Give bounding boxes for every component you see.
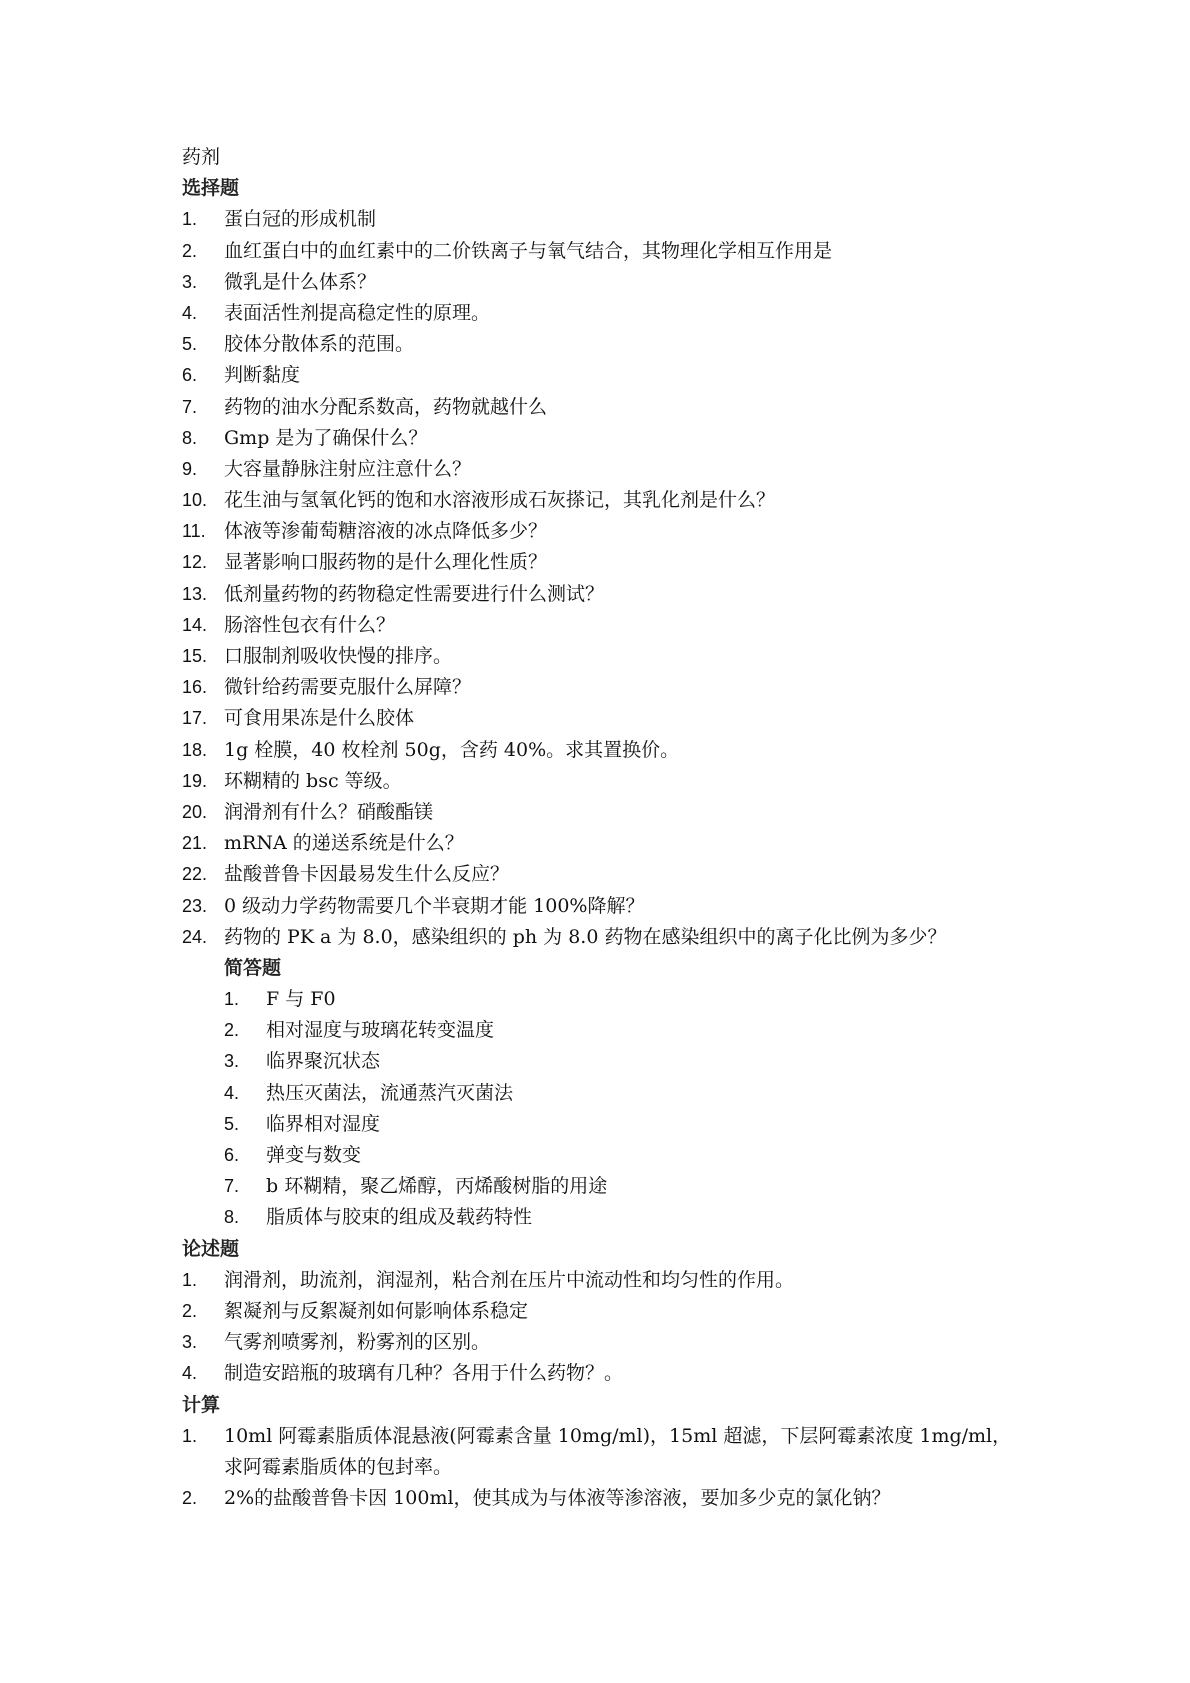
list-item: 8.Gmp 是为了确保什么？ (182, 423, 1042, 454)
item-text: 1g 栓膜，40 枚栓剂 50g，含药 40%。求其置换价。 (224, 735, 679, 766)
item-number: 4. (182, 298, 224, 329)
item-number: 4. (224, 1078, 266, 1109)
item-text: 微针给药需要克服什么屏障？ (224, 672, 471, 703)
list-item: 12.显著影响口服药物的是什么理化性质？ (182, 547, 1042, 578)
item-text: 制造安踣瓶的玻璃有几种？各用于什么药物？。 (224, 1358, 623, 1389)
item-text: 体液等渗葡萄糖溶液的冰点降低多少？ (224, 516, 547, 547)
section-heading-short-answer: 简答题 (224, 953, 1042, 984)
list-item: 4.热压灭菌法，流通蒸汽灭菌法 (224, 1078, 1042, 1109)
item-number: 3. (182, 267, 224, 298)
item-number: 3. (224, 1046, 266, 1077)
document-title: 药剂 (182, 142, 1042, 173)
item-number: 6. (182, 360, 224, 391)
item-number: 14. (182, 610, 224, 641)
list-item: 1.10ml 阿霉素脂质体混悬液(阿霉素含量 10mg/ml)，15ml 超滤，… (182, 1421, 1042, 1483)
section-heading-calculation: 计算 (182, 1390, 1042, 1421)
list-item: 18.1g 栓膜，40 枚栓剂 50g，含药 40%。求其置换价。 (182, 735, 1042, 766)
item-number: 1. (182, 1265, 224, 1296)
item-number: 2. (224, 1015, 266, 1046)
short-answer-list: 1.F 与 F0 2.相对湿度与玻璃花转变温度 3.临界聚沉状态 4.热压灭菌法… (224, 984, 1042, 1234)
item-number: 18. (182, 735, 224, 766)
item-text: 可食用果冻是什么胶体 (224, 703, 414, 734)
item-number: 2. (182, 1296, 224, 1327)
item-text: 2%的盐酸普鲁卡因 100ml，使其成为与体液等渗溶液，要加多少克的氯化钠？ (224, 1483, 891, 1514)
list-item: 3.临界聚沉状态 (224, 1046, 1042, 1077)
item-number: 16. (182, 672, 224, 703)
list-item: 20.润滑剂有什么？硝酸酯镁 (182, 797, 1042, 828)
item-text: 絮凝剂与反絮凝剂如何影响体系稳定 (224, 1296, 528, 1327)
item-number: 24. (182, 922, 224, 953)
item-number: 22. (182, 859, 224, 890)
item-text: 环糊精的 bsc 等级。 (224, 766, 402, 797)
item-text: 临界聚沉状态 (266, 1046, 380, 1077)
list-item: 16.微针给药需要克服什么屏障？ (182, 672, 1042, 703)
list-item: 5.胶体分散体系的范围。 (182, 329, 1042, 360)
list-item: 8.脂质体与胶束的组成及载药特性 (224, 1202, 1042, 1233)
item-number: 11. (182, 516, 224, 547)
item-text: 盐酸普鲁卡因最易发生什么反应？ (224, 859, 509, 890)
item-text: 肠溶性包衣有什么？ (224, 610, 395, 641)
item-text: 脂质体与胶束的组成及载药特性 (266, 1202, 532, 1233)
choice-question-list: 1.蛋白冠的形成机制 2.血红蛋白中的血红素中的二价铁离子与氧气结合，其物理化学… (182, 204, 1042, 953)
list-item: 19.环糊精的 bsc 等级。 (182, 766, 1042, 797)
item-number: 2. (182, 236, 224, 267)
item-number: 1. (224, 984, 266, 1015)
item-number: 5. (182, 329, 224, 360)
item-text: 润滑剂，助流剂，润湿剂，粘合剂在压片中流动性和均匀性的作用。 (224, 1265, 794, 1296)
list-item: 7.b 环糊精，聚乙烯醇，丙烯酸树脂的用途 (224, 1171, 1042, 1202)
item-text: 相对湿度与玻璃花转变温度 (266, 1015, 494, 1046)
item-text: 表面活性剂提高稳定性的原理。 (224, 298, 490, 329)
list-item: 2.相对湿度与玻璃花转变温度 (224, 1015, 1042, 1046)
item-number: 10. (182, 485, 224, 516)
item-text: 0 级动力学药物需要几个半衰期才能 100%降解？ (224, 891, 645, 922)
item-text: 药物的油水分配系数高，药物就越什么 (224, 392, 547, 423)
item-number: 1. (182, 204, 224, 235)
section-heading-essay: 论述题 (182, 1234, 1042, 1265)
list-item: 3.气雾剂喷雾剂，粉雾剂的区别。 (182, 1327, 1042, 1358)
item-number: 2. (182, 1483, 224, 1514)
list-item: 6.判断黏度 (182, 360, 1042, 391)
essay-question-list: 1.润滑剂，助流剂，润湿剂，粘合剂在压片中流动性和均匀性的作用。 2.絮凝剂与反… (182, 1265, 1042, 1390)
list-item: 22.盐酸普鲁卡因最易发生什么反应？ (182, 859, 1042, 890)
item-text: b 环糊精，聚乙烯醇，丙烯酸树脂的用途 (266, 1171, 607, 1202)
item-number: 13. (182, 579, 224, 610)
item-text: 口服制剂吸收快慢的排序。 (224, 641, 452, 672)
list-item: 2.2%的盐酸普鲁卡因 100ml，使其成为与体液等渗溶液，要加多少克的氯化钠？ (182, 1483, 1042, 1514)
section-heading-choice: 选择题 (182, 173, 1042, 204)
item-text: 花生油与氢氧化钙的饱和水溶液形成石灰搽记，其乳化剂是什么？ (224, 485, 775, 516)
item-text: 血红蛋白中的血红素中的二价铁离子与氧气结合，其物理化学相互作用是 (224, 236, 832, 267)
list-item: 7.药物的油水分配系数高，药物就越什么 (182, 392, 1042, 423)
item-text: 润滑剂有什么？硝酸酯镁 (224, 797, 433, 828)
item-number: 4. (182, 1358, 224, 1389)
item-number: 1. (182, 1421, 224, 1452)
list-item: 3.微乳是什么体系？ (182, 267, 1042, 298)
item-text: 蛋白冠的形成机制 (224, 204, 376, 235)
list-item: 14.肠溶性包衣有什么？ (182, 610, 1042, 641)
list-item: 11.体液等渗葡萄糖溶液的冰点降低多少？ (182, 516, 1042, 547)
item-number: 21. (182, 828, 224, 859)
list-item: 5.临界相对湿度 (224, 1109, 1042, 1140)
item-text: 临界相对湿度 (266, 1109, 380, 1140)
item-text: 大容量静脉注射应注意什么？ (224, 454, 471, 485)
item-text: F 与 F0 (266, 984, 336, 1015)
item-number: 5. (224, 1109, 266, 1140)
item-number: 3. (182, 1327, 224, 1358)
list-item: 1.F 与 F0 (224, 984, 1042, 1015)
item-number: 17. (182, 703, 224, 734)
item-number: 19. (182, 766, 224, 797)
list-item: 6.弹变与数变 (224, 1140, 1042, 1171)
item-text: 显著影响口服药物的是什么理化性质？ (224, 547, 547, 578)
list-item: 23.0 级动力学药物需要几个半衰期才能 100%降解？ (182, 891, 1042, 922)
list-item: 17.可食用果冻是什么胶体 (182, 703, 1042, 734)
calculation-question-list: 1.10ml 阿霉素脂质体混悬液(阿霉素含量 10mg/ml)，15ml 超滤，… (182, 1421, 1042, 1515)
item-number: 20. (182, 797, 224, 828)
item-text: 微乳是什么体系？ (224, 267, 376, 298)
list-item: 13.低剂量药物的药物稳定性需要进行什么测试？ (182, 579, 1042, 610)
item-text: mRNA 的递送系统是什么？ (224, 828, 464, 859)
item-text: 气雾剂喷雾剂，粉雾剂的区别。 (224, 1327, 490, 1358)
document-page: 药剂 选择题 1.蛋白冠的形成机制 2.血红蛋白中的血红素中的二价铁离子与氧气结… (182, 142, 1042, 1514)
list-item: 24.药物的 PK a 为 8.0，感染组织的 ph 为 8.0 药物在感染组织… (182, 922, 1042, 953)
list-item: 10.花生油与氢氧化钙的饱和水溶液形成石灰搽记，其乳化剂是什么？ (182, 485, 1042, 516)
item-text: Gmp 是为了确保什么？ (224, 423, 427, 454)
item-number: 15. (182, 641, 224, 672)
item-text: 胶体分散体系的范围。 (224, 329, 414, 360)
list-item: 4.表面活性剂提高稳定性的原理。 (182, 298, 1042, 329)
list-item: 9.大容量静脉注射应注意什么？ (182, 454, 1042, 485)
list-item: 4.制造安踣瓶的玻璃有几种？各用于什么药物？。 (182, 1358, 1042, 1389)
item-text: 药物的 PK a 为 8.0，感染组织的 ph 为 8.0 药物在感染组织中的离… (224, 922, 946, 953)
item-text: 判断黏度 (224, 360, 300, 391)
item-number: 9. (182, 454, 224, 485)
list-item: 1.润滑剂，助流剂，润湿剂，粘合剂在压片中流动性和均匀性的作用。 (182, 1265, 1042, 1296)
item-text: 低剂量药物的药物稳定性需要进行什么测试？ (224, 579, 604, 610)
item-text: 热压灭菌法，流通蒸汽灭菌法 (266, 1078, 513, 1109)
item-number: 7. (182, 392, 224, 423)
list-item: 2.絮凝剂与反絮凝剂如何影响体系稳定 (182, 1296, 1042, 1327)
item-text: 10ml 阿霉素脂质体混悬液(阿霉素含量 10mg/ml)，15ml 超滤，下层… (224, 1421, 1024, 1483)
item-number: 6. (224, 1140, 266, 1171)
list-item: 2.血红蛋白中的血红素中的二价铁离子与氧气结合，其物理化学相互作用是 (182, 236, 1042, 267)
list-item: 1.蛋白冠的形成机制 (182, 204, 1042, 235)
item-number: 8. (224, 1202, 266, 1233)
item-number: 7. (224, 1171, 266, 1202)
item-number: 12. (182, 547, 224, 578)
list-item: 15.口服制剂吸收快慢的排序。 (182, 641, 1042, 672)
item-number: 23. (182, 891, 224, 922)
item-text: 弹变与数变 (266, 1140, 361, 1171)
list-item: 21.mRNA 的递送系统是什么？ (182, 828, 1042, 859)
item-number: 8. (182, 423, 224, 454)
